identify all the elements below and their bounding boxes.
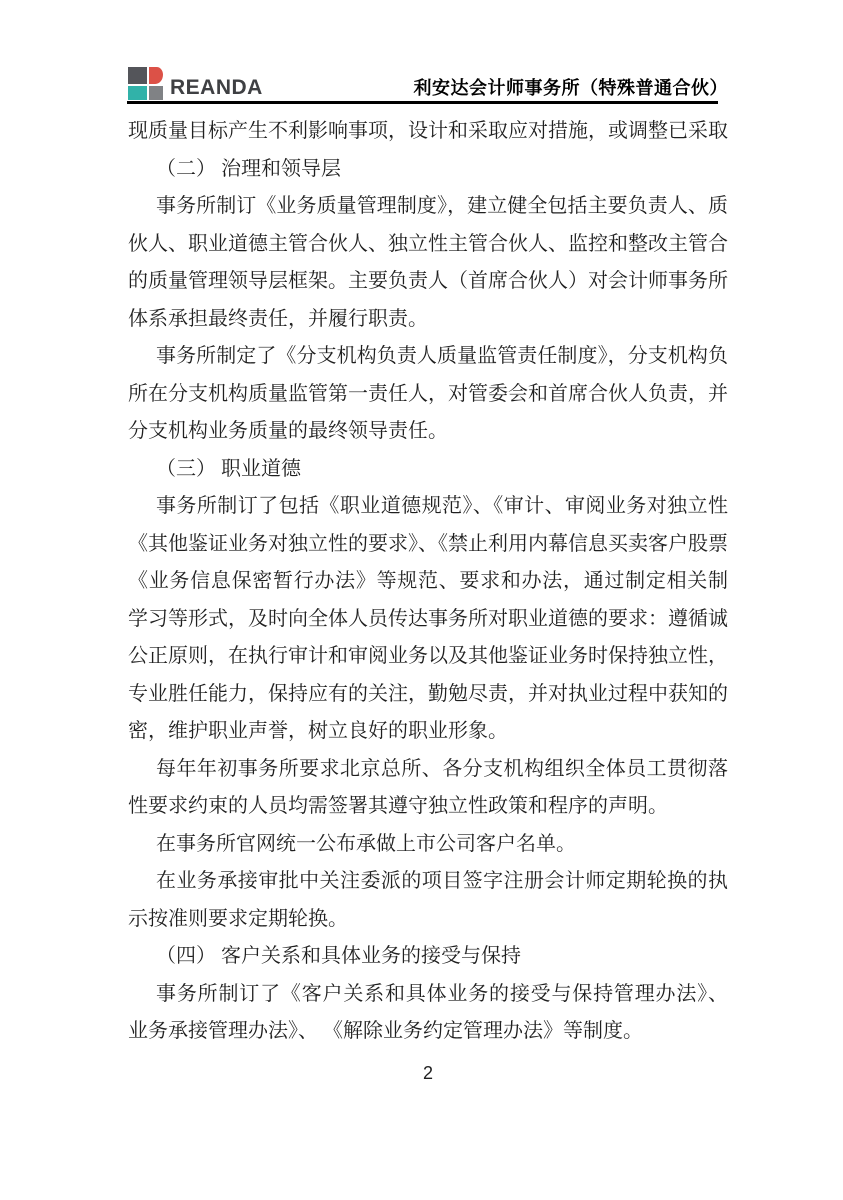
page-number: 2 — [128, 1060, 728, 1086]
text-line: （四） 客户关系和具体业务的接受与保持 — [128, 938, 728, 976]
text-line: 示按准则要求定期轮换。 — [128, 901, 728, 939]
text-line: 伙人、职业道德主管合伙人、独立性主管合伙人、监控和整改主管合伙人等在内 — [128, 226, 728, 264]
text-line: 业务承接管理办法》、 《解除业务约定管理办法》等制度。 — [128, 1013, 728, 1051]
text-line: 公正原则，在执行审计和审阅业务以及其他鉴证业务时保持独立性，获取和保持 — [128, 638, 728, 676]
logo-wordmark: REANDA — [170, 77, 263, 100]
reanda-logo-icon — [128, 67, 163, 100]
text-line: 所在分支机构质量监管第一责任人，对管委会和首席合伙人负责，并承担其所在 — [128, 376, 728, 414]
header-divider-rule — [127, 101, 718, 104]
text-line: 专业胜任能力，保持应有的关注，勤勉尽责，并对执业过程中获知的涉密信息保 — [128, 676, 728, 714]
document-page: REANDA 利安达会计师事务所（特殊普通合伙） 现质量目标产生不利影响事项，设… — [0, 0, 843, 1200]
text-line: 分支机构业务质量的最终领导责任。 — [128, 413, 728, 451]
text-line: 密，维护职业声誉，树立良好的职业形象。 — [128, 713, 728, 751]
logo-quadrant-dark-gray — [128, 67, 147, 84]
text-line: 每年年初事务所要求北京总所、各分支机构组织全体员工贯彻落实，受独立 — [128, 751, 728, 789]
text-line: 的质量管理领导层框架。主要负责人（首席合伙人）对会计师事务所的质量管理 — [128, 263, 728, 301]
text-line: 体系承担最终责任，并履行职责。 — [128, 301, 728, 339]
logo-quadrant-red — [149, 67, 163, 84]
text-line: 现质量目标产生不利影响事项，设计和采取应对措施，或调整已采取的应对措施。 — [128, 113, 728, 151]
text-line: 事务所制订《业务质量管理制度》，建立健全包括主要负责人、质量主管合 — [128, 188, 728, 226]
text-line: （二） 治理和领导层 — [128, 151, 728, 189]
page-header: REANDA 利安达会计师事务所（特殊普通合伙） — [128, 58, 728, 100]
text-line: 事务所制订了包括《职业道德规范》、《审计、审阅业务对独立性的要求》、 — [128, 488, 728, 526]
text-line: 学习等形式，及时向全体人员传达事务所对职业道德的要求：遵循诚信、客观和 — [128, 601, 728, 639]
text-line: 《业务信息保密暂行办法》等规范、要求和办法，通过制定相关制度，加强培训 — [128, 563, 728, 601]
text-line: 性要求约束的人员均需签署其遵守独立性政策和程序的声明。 — [128, 788, 728, 826]
logo-quadrant-gray — [149, 86, 163, 100]
firm-title: 利安达会计师事务所（特殊普通合伙） — [414, 79, 729, 100]
logo-quadrant-teal — [128, 86, 147, 100]
reanda-logo: REANDA — [128, 67, 263, 100]
text-line: （三） 职业道德 — [128, 451, 728, 489]
text-line: 《其他鉴证业务对独立性的要求》、《禁止利用内幕信息买卖客户股票管理办法》、 — [128, 526, 728, 564]
document-body: 现质量目标产生不利影响事项，设计和采取应对措施，或调整已采取的应对措施。（二） … — [128, 113, 728, 1051]
text-line: 在业务承接审批中关注委派的项目签字注册会计师定期轮换的执行情况，提 — [128, 863, 728, 901]
text-line: 在事务所官网统一公布承做上市公司客户名单。 — [128, 826, 728, 864]
text-line: 事务所制订了《客户关系和具体业务的接受与保持管理办法》、《重大项目 — [128, 976, 728, 1014]
text-line: 事务所制定了《分支机构负责人质量监管责任制度》，分支机构负责人是其 — [128, 338, 728, 376]
